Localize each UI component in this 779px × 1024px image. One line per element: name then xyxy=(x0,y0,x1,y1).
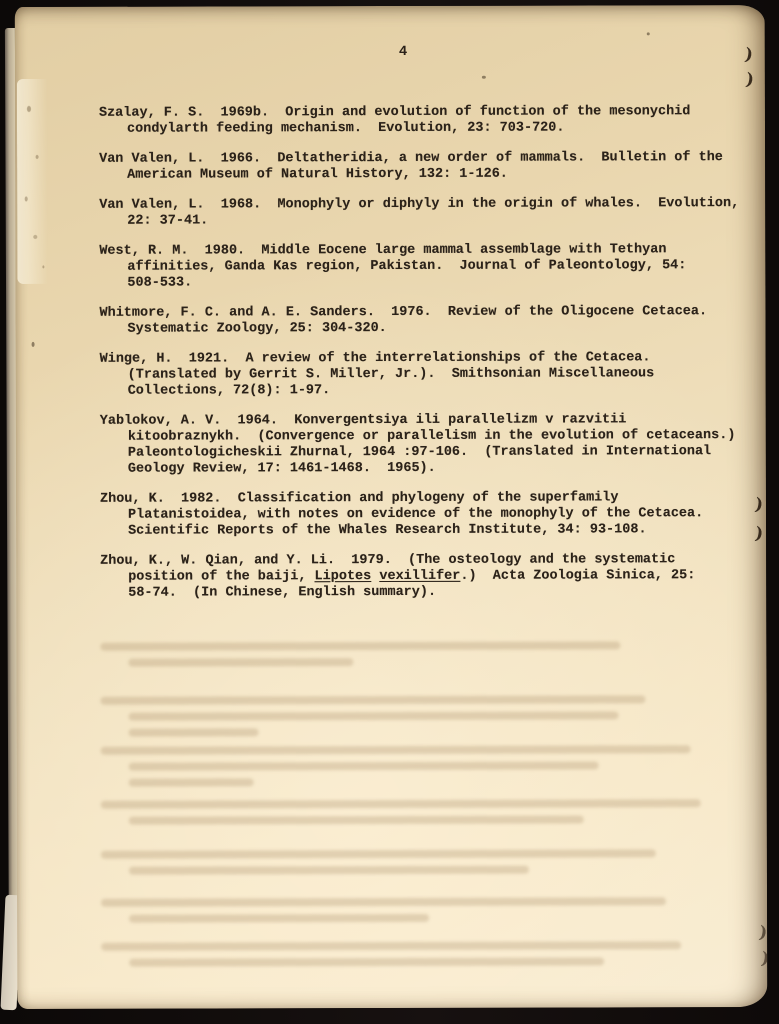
reference-line: Geology Review, 17: 1461-1468. 1965). xyxy=(100,460,748,478)
reference-entry: Van Valen, L. 1968. Monophyly or diphyly… xyxy=(99,196,747,230)
paper-speck xyxy=(647,32,650,35)
reference-line: Whitmore, F. C. and A. E. Sanders. 1976.… xyxy=(99,304,747,322)
pen-mark: ) xyxy=(743,45,754,66)
reference-entry: Yablokov, A. V. 1964. Konvergentsiya ili… xyxy=(100,412,748,478)
reference-entry: Szalay, F. S. 1969b. Origin and evolutio… xyxy=(99,104,747,138)
reference-line: Yablokov, A. V. 1964. Konvergentsiya ili… xyxy=(100,412,748,430)
reference-line: Paleontologicheskii Zhurnal, 1964 :97-10… xyxy=(100,444,748,462)
reference-line: condylarth feeding mechanism. Evolution,… xyxy=(99,120,747,138)
reference-line: Van Valen, L. 1968. Monophyly or diphyly… xyxy=(99,196,747,214)
reference-line: affinities, Ganda Kas region, Pakistan. … xyxy=(99,258,747,276)
reference-line: Winge, H. 1921. A review of the interrel… xyxy=(100,350,748,368)
paper-speck xyxy=(482,76,486,79)
pen-mark: ) xyxy=(758,923,768,944)
reference-line: Zhou, K. 1982. Classification and phylog… xyxy=(100,490,748,508)
reference-entry: West, R. M. 1980. Middle Eocene large ma… xyxy=(99,242,747,292)
reference-line: kitoobraznykh. (Convergence or paralleli… xyxy=(100,428,748,446)
reference-line: Scientific Reports of the Whales Researc… xyxy=(100,522,748,540)
reference-line: 58-74. (In Chinese, English summary). xyxy=(100,584,748,602)
reference-line: Zhou, K., W. Qian, and Y. Li. 1979. (The… xyxy=(100,552,748,570)
reference-line: Van Valen, L. 1966. Deltatheridia, a new… xyxy=(99,150,747,168)
paper-speck xyxy=(32,342,35,347)
pen-mark: ) xyxy=(754,495,765,516)
reference-line: West, R. M. 1980. Middle Eocene large ma… xyxy=(99,242,747,260)
reference-line: (Translated by Gerrit S. Miller, Jr.). S… xyxy=(100,366,748,384)
reference-line: Platanistoidea, with notes on evidence o… xyxy=(100,506,748,524)
reference-entry: Van Valen, L. 1966. Deltatheridia, a new… xyxy=(99,150,747,184)
reference-line: Collections, 72(8): 1-97. xyxy=(100,382,748,400)
pen-mark: ) xyxy=(754,524,765,545)
reference-line: 508-533. xyxy=(99,274,747,292)
pen-mark: ) xyxy=(744,70,755,91)
reference-line: American Museum of Natural History, 132:… xyxy=(99,166,747,184)
reference-entry: Whitmore, F. C. and A. E. Sanders. 1976.… xyxy=(99,304,747,338)
reference-line: Szalay, F. S. 1969b. Origin and evolutio… xyxy=(99,104,747,122)
reference-entry: Winge, H. 1921. A review of the interrel… xyxy=(100,350,748,400)
reference-entry: Zhou, K., W. Qian, and Y. Li. 1979. (The… xyxy=(100,552,748,602)
reference-line: 22: 37-41. xyxy=(99,212,747,230)
pen-mark: ) xyxy=(760,949,768,970)
reference-entry: Zhou, K. 1982. Classification and phylog… xyxy=(100,490,748,540)
page-number: 4 xyxy=(399,44,407,60)
reference-line: Systematic Zoology, 25: 304-320. xyxy=(100,320,748,338)
document-page: 4 Szalay, F. S. 1969b. Origin and evolut… xyxy=(15,5,768,1009)
reference-list: Szalay, F. S. 1969b. Origin and evolutio… xyxy=(99,104,748,616)
paper-edge-speckles xyxy=(17,79,54,284)
reference-line: position of the baiji, Lipotes vexillife… xyxy=(100,568,748,586)
photo-background: 4 Szalay, F. S. 1969b. Origin and evolut… xyxy=(0,0,779,1024)
